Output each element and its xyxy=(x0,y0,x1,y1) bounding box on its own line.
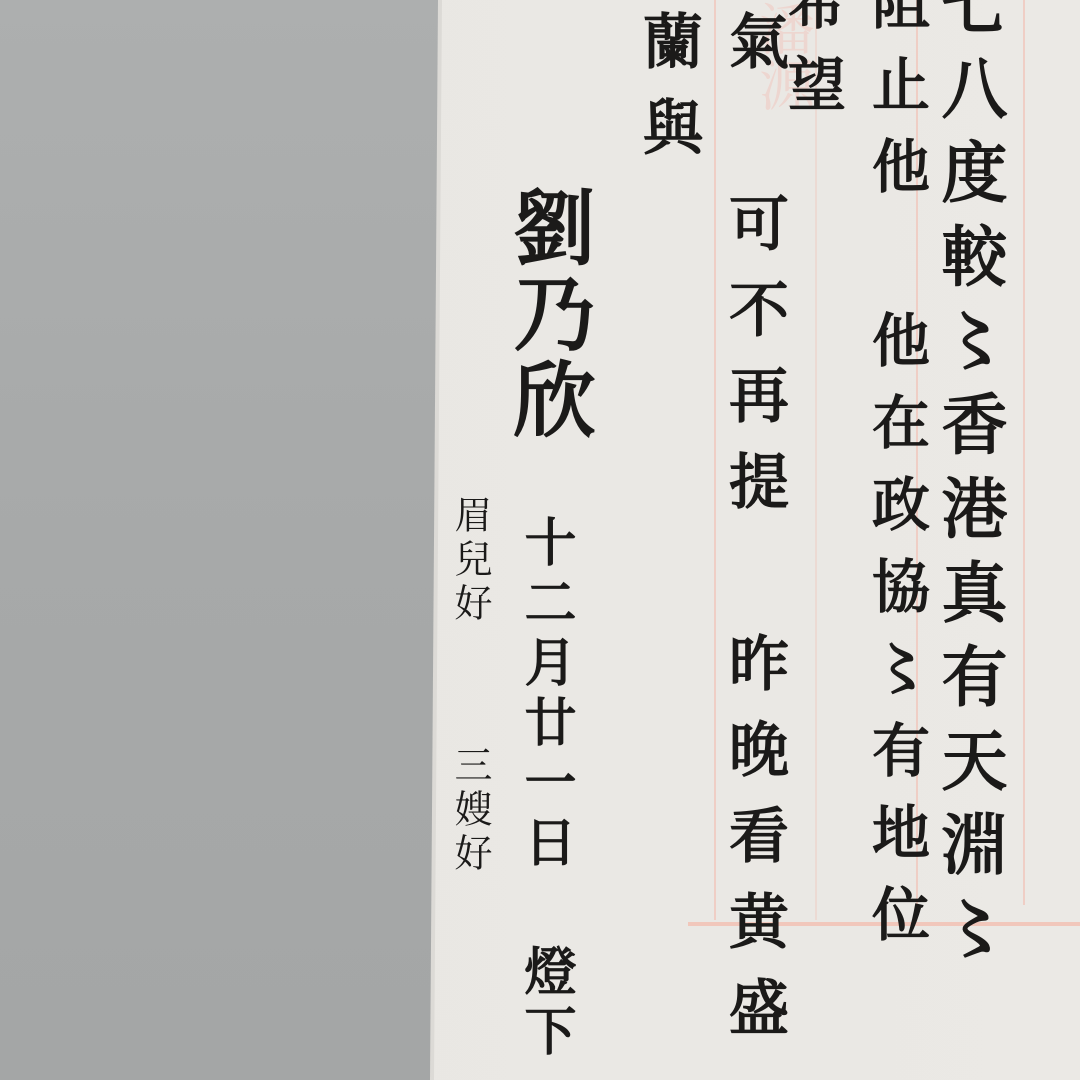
red-rule-vertical xyxy=(1023,0,1025,905)
date-line: 十二月廿一日 燈下 xyxy=(508,515,583,1064)
signature: 劉乃欣 xyxy=(490,185,607,443)
text-column-3: 氣 可不再提 昨晚看黄盛蘭與 xyxy=(625,10,797,1080)
postscript-1: 眉兒好 xyxy=(443,495,498,627)
postscript-2: 三嫂好 xyxy=(443,745,498,877)
